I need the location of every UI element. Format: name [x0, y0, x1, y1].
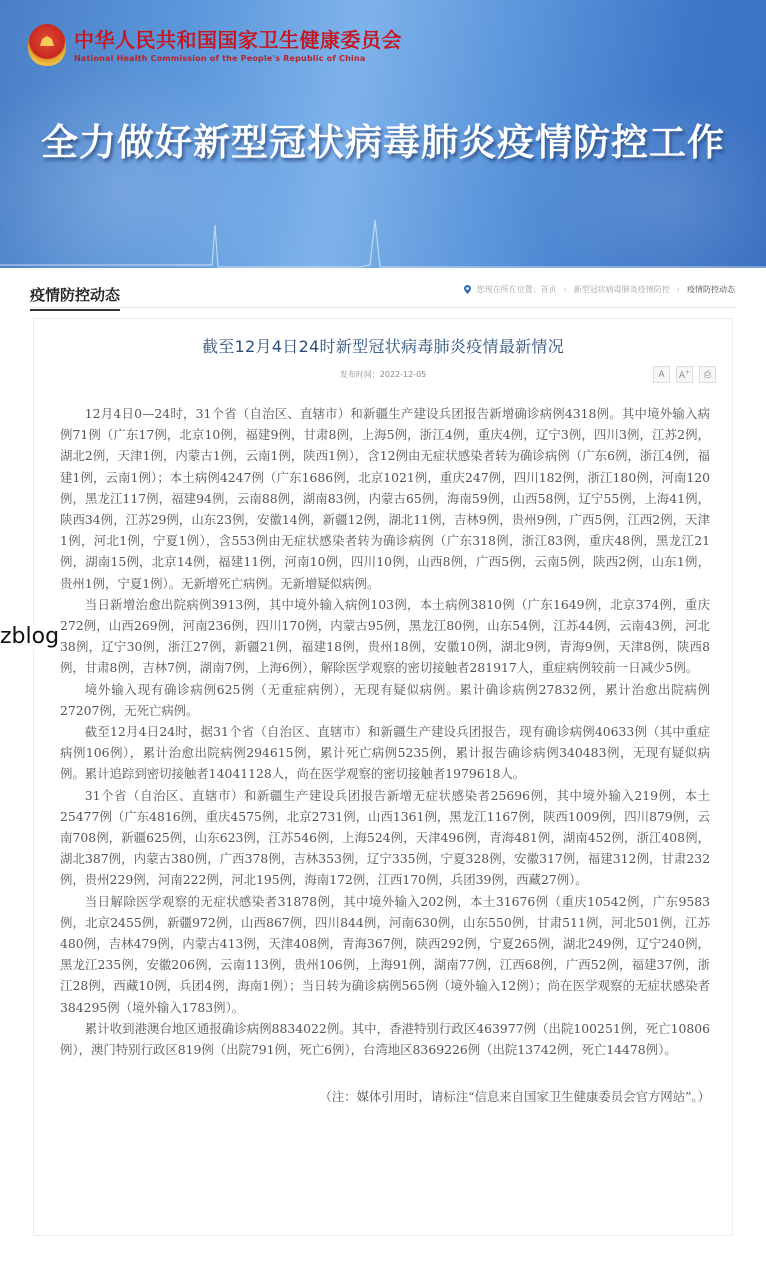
publish-date: 发布时间：2022-12-05 [34, 369, 732, 380]
org-name-en: National Health Commission of the People… [74, 54, 402, 63]
font-increase-icon: A+ [679, 369, 690, 381]
publish-date-value: 2022-12-05 [380, 370, 427, 379]
breadcrumb-prefix: 您现在所在位置： [477, 284, 541, 295]
article-body: 12月4日0—24时，31个省（自治区、直辖市）和新疆生产建设兵团报告新增确诊病… [60, 403, 710, 1108]
section-title: 疫情防控动态 [30, 284, 120, 311]
section-header: 疫情防控动态 您现在所在位置： 首页 › 新型冠状病毒肺炎疫情防控 › 疫情防控… [30, 278, 735, 308]
national-emblem-icon [28, 24, 66, 66]
paragraph-totals: 截至12月4日24时，据31个省（自治区、直辖市）和新疆生产建设兵团报告，现有确… [60, 721, 710, 785]
breadcrumb-home[interactable]: 首页 [541, 284, 557, 295]
article-tools: A A+ ⎙ [653, 366, 716, 383]
location-pin-icon [464, 285, 471, 294]
print-button[interactable]: ⎙ [699, 366, 716, 383]
article-card: 截至12月4日24时新型冠状病毒肺炎疫情最新情况 发布时间：2022-12-05… [33, 318, 733, 1236]
font-decrease-button[interactable]: A [653, 366, 670, 383]
chevron-right-icon: › [677, 285, 680, 294]
org-name-cn: 中华人民共和国国家卫生健康委员会 [74, 28, 402, 52]
paragraph-asymptomatic-new: 31个省（自治区、直辖市）和新疆生产建设兵团报告新增无症状感染者25696例，其… [60, 785, 710, 891]
paragraph-new-cases: 12月4日0—24时，31个省（自治区、直辖市）和新疆生产建设兵团报告新增确诊病… [60, 403, 710, 594]
breadcrumb-current[interactable]: 疫情防控动态 [687, 284, 735, 295]
chevron-right-icon: › [564, 285, 567, 294]
paragraph-hk-macao-taiwan: 累计收到港澳台地区通报确诊病例8834022例。其中，香港特别行政区463977… [60, 1018, 710, 1060]
font-increase-button[interactable]: A+ [676, 366, 693, 383]
print-icon: ⎙ [704, 370, 711, 380]
citation-note: （注：媒体引用时，请标注“信息来自国家卫生健康委员会官方网站”。） [60, 1086, 710, 1107]
paragraph-asymptomatic-released: 当日解除医学观察的无症状感染者31878例，其中境外输入202例，本土31676… [60, 891, 710, 1018]
site-banner: 中华人民共和国国家卫生健康委员会 National Health Commiss… [0, 0, 766, 268]
paragraph-imported: 境外输入现有确诊病例625例（无重症病例），无现有疑似病例。累计确诊病例2783… [60, 679, 710, 721]
breadcrumb-covid-prevention[interactable]: 新型冠状病毒肺炎疫情防控 [574, 284, 670, 295]
breadcrumb: 您现在所在位置： 首页 › 新型冠状病毒肺炎疫情防控 › 疫情防控动态 [464, 284, 735, 295]
banner-slogan: 全力做好新型冠状病毒肺炎疫情防控工作 [0, 112, 766, 166]
ecg-line-decoration [0, 205, 766, 268]
watermark-text: zblog [0, 624, 61, 649]
site-logo[interactable]: 中华人民共和国国家卫生健康委员会 National Health Commiss… [28, 24, 402, 66]
font-decrease-icon: A [658, 370, 664, 380]
publish-date-label: 发布时间： [340, 370, 380, 379]
article-title: 截至12月4日24时新型冠状病毒肺炎疫情最新情况 [34, 334, 732, 357]
paragraph-recoveries: 当日新增治愈出院病例3913例，其中境外输入病例103例，本土病例3810例（广… [60, 594, 710, 679]
